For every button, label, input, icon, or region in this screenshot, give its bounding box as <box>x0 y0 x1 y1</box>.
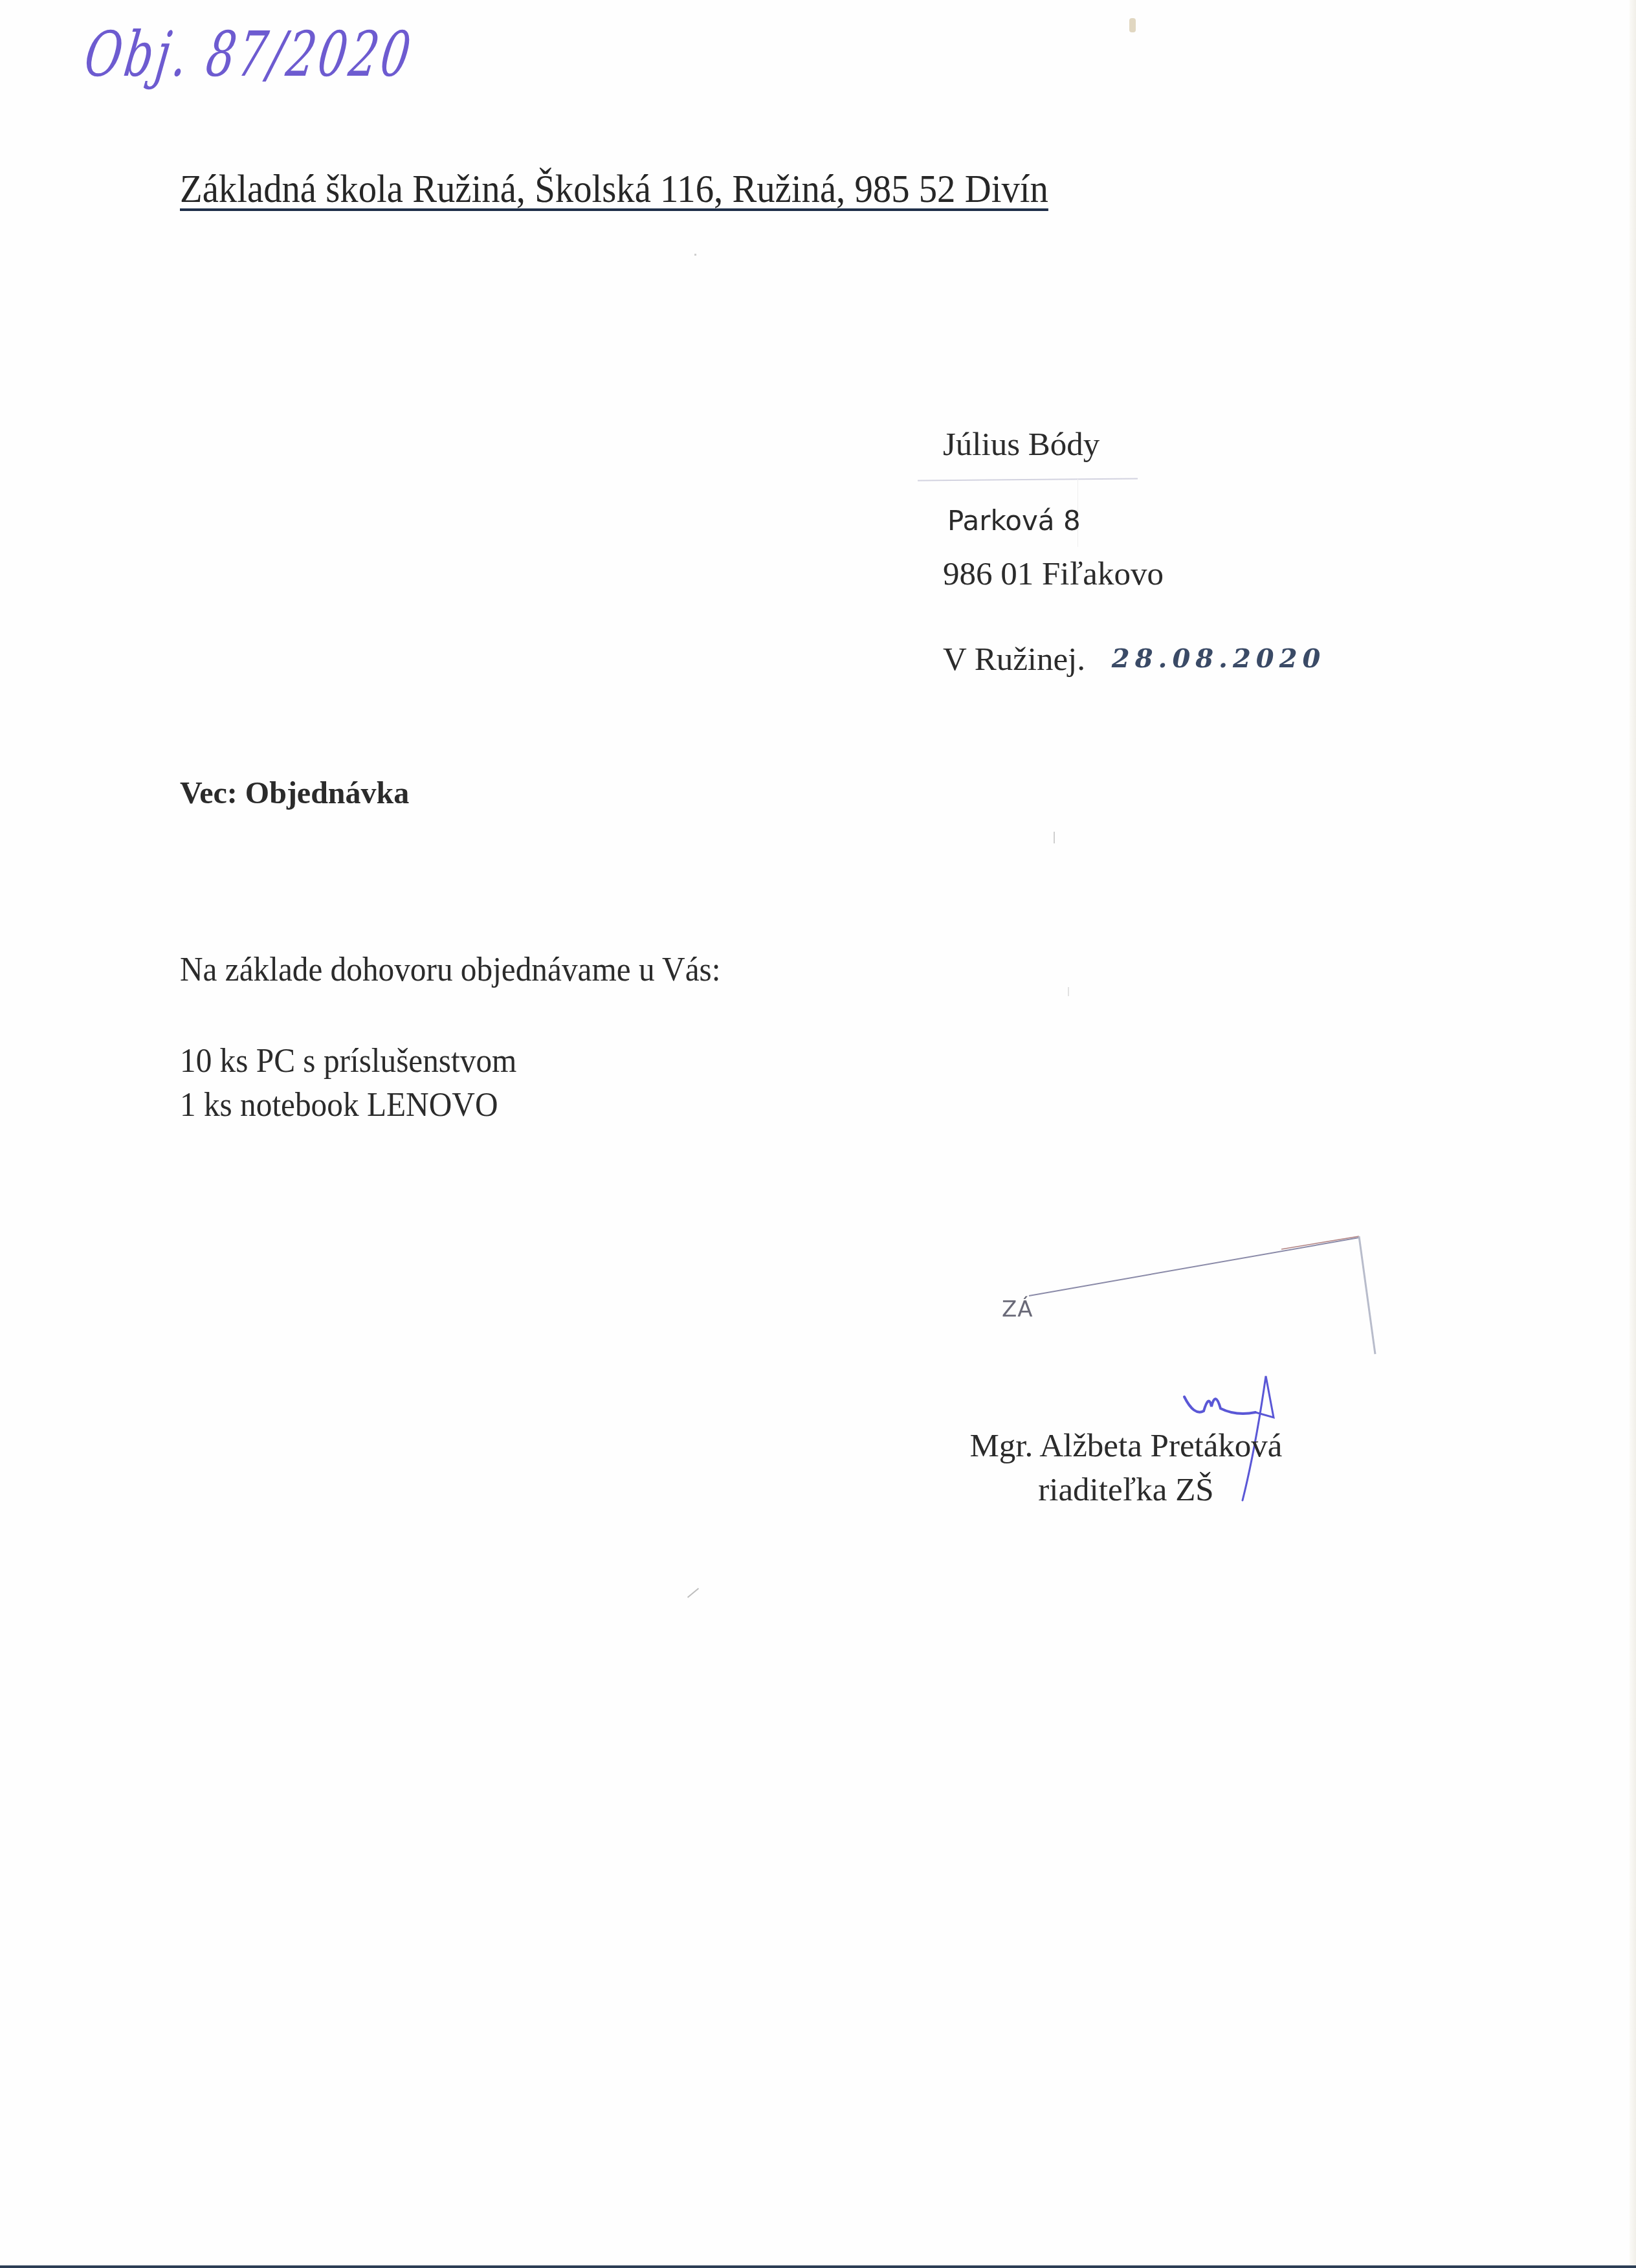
scan-speck <box>1129 18 1136 32</box>
scan-artifact <box>1054 832 1055 843</box>
stamp-fragment-text: ZÁ <box>1002 1296 1034 1322</box>
recipient-street: Parková 8 <box>947 505 1081 537</box>
order-item: 10 ks PC s príslušenstvom <box>180 1039 516 1083</box>
place-label: V Ružinej. <box>943 641 1085 678</box>
handwritten-order-number: Obj. 87/2020 <box>80 18 417 91</box>
signer-name: Mgr. Alžbeta Pretáková <box>932 1424 1320 1468</box>
signer-title: riaditeľka ZŠ <box>932 1468 1320 1512</box>
recipient-name: Július Bódy <box>943 426 1100 463</box>
scan-edge-right <box>1630 0 1636 2268</box>
stamped-date: 28.08.2020 <box>1112 643 1326 674</box>
recipient-divider <box>918 478 1138 482</box>
scan-artifact <box>687 1588 699 1598</box>
scan-artifact <box>1068 987 1069 996</box>
letter-subject: Vec: Objednávka <box>180 775 409 811</box>
recipient-city: 986 01 Fiľakovo <box>943 555 1164 593</box>
scan-artifact <box>694 254 696 256</box>
scan-edge-bottom <box>0 2265 1636 2268</box>
scanned-document-page: Obj. 87/2020 Základná škola Ružiná, Škol… <box>0 0 1636 2268</box>
order-item: 1 ks notebook LENOVO <box>180 1083 516 1127</box>
stamp-outline-remnant <box>1022 1230 1385 1379</box>
letterhead-school-address: Základná škola Ružiná, Školská 116, Ruži… <box>180 170 1048 209</box>
place-and-date: V Ružinej. 28.08.2020 <box>943 641 1325 678</box>
order-items-list: 10 ks PC s príslušenstvom 1 ks notebook … <box>180 1039 516 1127</box>
letter-body-intro: Na základe dohovoru objednávame u Vás: <box>180 950 720 989</box>
signature-block: Mgr. Alžbeta Pretáková riaditeľka ZŠ <box>932 1424 1320 1512</box>
